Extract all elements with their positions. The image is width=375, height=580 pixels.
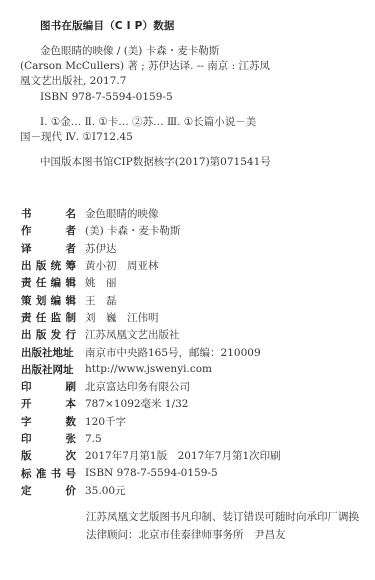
info-label-char: 数	[66, 414, 77, 429]
publication-info-table: 书名金色眼睛的映像作者(美) 卡森・麦卡勒斯译者苏伊达出版统筹黄小初 周亚林责任…	[21, 205, 361, 499]
info-label-char: 刷	[66, 379, 77, 394]
info-label: 出版社地址	[21, 345, 76, 360]
info-label: 责任编辑	[21, 275, 76, 290]
info-value: 王 磊	[85, 293, 117, 308]
cip-line-title-author: 金色眼睛的映像 / (美) 卡森・麦卡勒斯	[40, 44, 219, 58]
info-row: 书名金色眼睛的映像	[21, 205, 361, 222]
info-row: 标准书号ISBN 978-7-5594-0159-5	[21, 464, 361, 481]
info-row: 开本787×1092毫米 1/32	[21, 395, 361, 412]
info-row: 责任编辑姚 丽	[21, 274, 361, 291]
info-label-char: 出版社地址	[21, 345, 74, 360]
info-label-char: 行	[65, 327, 76, 342]
info-value: 120千字	[85, 414, 126, 429]
info-label-char: 书	[21, 206, 32, 221]
cip-line-publisher-date: 凰文艺出版社, 2017.7	[20, 74, 126, 88]
info-row: 责任监制刘 巍 江伟明	[21, 309, 361, 326]
info-value: ISBN 978-7-5594-0159-5	[85, 467, 218, 479]
info-label-char: 字	[21, 414, 32, 429]
info-value: 7.5	[85, 433, 102, 445]
info-label-char: 号	[65, 466, 76, 481]
info-label-char: 准	[36, 466, 47, 481]
info-label-char: 印	[21, 431, 32, 446]
info-value: 黄小初 周亚林	[85, 258, 159, 273]
info-label-char: 责	[21, 310, 32, 325]
info-row: 字数120千字	[21, 413, 361, 430]
info-label-char: 印	[21, 379, 32, 394]
cip-line-classification: Ⅰ. ①金… Ⅱ. ①卡… ②苏… Ⅲ. ①长篇小说－美	[40, 115, 256, 129]
info-value: 金色眼睛的映像	[85, 206, 159, 221]
info-label-char: 辑	[65, 275, 76, 290]
info-row: 印张7.5	[21, 430, 361, 447]
info-value: 北京富达印务有限公司	[85, 379, 190, 394]
info-label: 出版统筹	[21, 258, 76, 273]
info-label-char: 标	[21, 466, 32, 481]
info-label-char: 版	[36, 327, 47, 342]
cip-line-translator-publisher: (Carson McCullers) 著 ; 苏伊达译. -- 南京 : 江苏凤	[20, 59, 270, 73]
info-label-char: 监	[51, 310, 62, 325]
info-value: (美) 卡森・麦卡勒斯	[85, 223, 181, 238]
info-label-char: 书	[51, 466, 62, 481]
cip-line-isbn: ISBN 978-7-5594-0159-5	[40, 90, 173, 104]
info-label: 开本	[21, 396, 76, 411]
info-value: 刘 巍 江伟明	[85, 310, 159, 325]
info-value: 35.00元	[85, 483, 126, 498]
info-label-char: 制	[65, 310, 76, 325]
info-label: 出版发行	[21, 327, 76, 342]
info-row: 出版社地址南京市中央路165号，邮编：210009	[21, 343, 361, 360]
info-label-char: 本	[66, 396, 77, 411]
info-label-char: 次	[66, 448, 77, 463]
info-label-char: 定	[21, 483, 32, 498]
info-label-char: 价	[66, 483, 77, 498]
info-label: 策划编辑	[21, 293, 76, 308]
info-label-char: 名	[66, 206, 77, 221]
info-label: 版次	[21, 448, 76, 463]
info-label-char: 划	[36, 293, 47, 308]
info-label-char: 辑	[65, 293, 76, 308]
info-row: 出版统筹黄小初 周亚林	[21, 257, 361, 274]
info-label-char: 统	[51, 258, 62, 273]
info-label: 定价	[21, 483, 76, 498]
info-label-char: 作	[21, 223, 32, 238]
info-label-char: 筹	[65, 258, 76, 273]
info-value: 江苏凤凰文艺出版社	[85, 327, 180, 342]
info-label: 印张	[21, 431, 76, 446]
info-label-char: 者	[66, 223, 77, 238]
info-label-char: 出版社网址	[21, 362, 74, 377]
info-value: http://www.jswenyi.com	[85, 363, 212, 375]
info-label: 印刷	[21, 379, 76, 394]
info-row: 出版发行江苏凤凰文艺出版社	[21, 326, 361, 343]
info-row: 定价35.00元	[21, 482, 361, 499]
footer-legal-counsel: 法律顾问：北京市佳泰律师事务所 尹昌友	[86, 527, 286, 542]
info-label-char: 编	[51, 275, 62, 290]
info-label-char: 发	[51, 327, 62, 342]
cip-line-classification-cont: 国－现代 Ⅳ. ①I712.45	[20, 130, 133, 144]
info-label-char: 任	[36, 275, 47, 290]
info-label-char: 任	[36, 310, 47, 325]
info-value: 787×1092毫米 1/32	[85, 396, 188, 411]
info-row: 印刷北京富达印务有限公司	[21, 378, 361, 395]
info-label: 标准书号	[21, 466, 76, 481]
info-label-char: 张	[66, 431, 77, 446]
info-row: 版次2017年7月第1版 2017年7月第1次印刷	[21, 447, 361, 464]
info-label: 作者	[21, 223, 76, 238]
info-label: 书名	[21, 206, 76, 221]
info-value: 姚 丽	[85, 275, 117, 290]
info-row: 作者(美) 卡森・麦卡勒斯	[21, 222, 361, 239]
info-value: 2017年7月第1版 2017年7月第1次印刷	[85, 448, 281, 463]
info-label-char: 版	[21, 448, 32, 463]
info-label-char: 出	[21, 258, 32, 273]
info-label: 译者	[21, 241, 76, 256]
info-row: 出版社网址http://www.jswenyi.com	[21, 361, 361, 378]
footer-notice: 江苏凤凰文艺版图书凡印制、装订错误可随时向承印厂调换	[86, 509, 359, 524]
info-label-char: 出	[21, 327, 32, 342]
info-label-char: 开	[21, 396, 32, 411]
cip-line-record-number: 中国版本图书馆CIP数据核字(2017)第071541号	[40, 155, 271, 169]
info-value: 南京市中央路165号，邮编：210009	[85, 345, 261, 360]
info-label-char: 编	[51, 293, 62, 308]
info-row: 策划编辑王 磊	[21, 291, 361, 308]
info-label-char: 译	[21, 241, 32, 256]
info-label: 责任监制	[21, 310, 76, 325]
cip-title: 图书在版编目（C I P）数据	[40, 18, 175, 33]
info-label-char: 版	[36, 258, 47, 273]
info-label: 出版社网址	[21, 362, 76, 377]
info-row: 译者苏伊达	[21, 240, 361, 257]
info-label-char: 策	[21, 293, 32, 308]
info-label: 字数	[21, 414, 76, 429]
info-label-char: 者	[66, 241, 77, 256]
info-value: 苏伊达	[85, 241, 117, 256]
info-label-char: 责	[21, 275, 32, 290]
